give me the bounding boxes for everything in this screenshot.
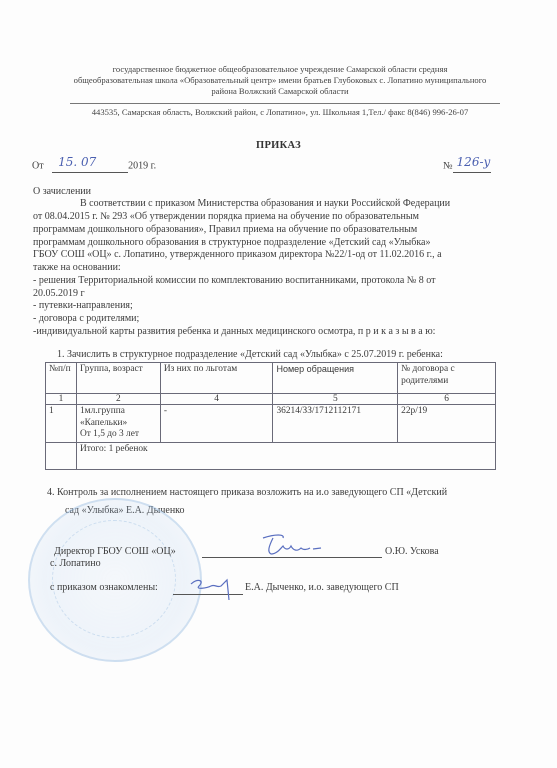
table-row: 1 1мл.группа «Капельки» От 1,5 до 3 лет … [46, 405, 496, 443]
table-total-row: Итого: 1 ребенок [46, 442, 496, 469]
body-line: программам дошкольного образования», Пра… [33, 224, 417, 237]
number-handwritten: 126-у [457, 156, 491, 169]
director-signature-icon [255, 532, 325, 560]
header-cell: Номер обращения [273, 363, 398, 394]
benefits-cell: - [160, 405, 273, 443]
body-line: -индивидуальной карты развития ребенка и… [33, 326, 435, 339]
enrollment-table: №п/п Группа, возраст Из них по льготам Н… [45, 362, 496, 470]
group-name: 1мл.группа [80, 406, 157, 418]
seal-stamp [28, 498, 202, 662]
header-cell: Группа, возраст [76, 363, 160, 394]
letterhead-line-3: района Волжский Самарской области [40, 86, 520, 97]
order-date: От 15. 07 2019 г. [32, 160, 156, 173]
header-cell: №п/п [46, 363, 77, 394]
director-location: с. Лопатино [50, 558, 101, 571]
body-line: - путевки-направления; [33, 300, 133, 313]
group-age: От 1,5 до 3 лет [80, 429, 157, 441]
table-header-row: №п/п Группа, возраст Из них по льготам Н… [46, 363, 496, 394]
total-empty-cell [46, 442, 77, 469]
letterhead-line-2: общеобразовательная школа «Образовательн… [20, 75, 540, 86]
seal-stamp-inner-ring [52, 520, 176, 638]
date-prefix: От [32, 160, 44, 171]
order-subject: О зачислении [33, 186, 91, 199]
body-line: от 08.04.2015 г. № 293 «Об утверждении п… [33, 211, 419, 224]
date-year: 2019 г. [128, 160, 156, 171]
number-prefix: № [443, 160, 453, 171]
column-number: 6 [398, 394, 496, 405]
body-line: программам дошкольного образования в стр… [33, 237, 430, 250]
acquainted-label: с приказом ознакомлены: [50, 582, 158, 595]
acquainted-signature-icon [187, 574, 237, 604]
body-line: ГБОУ СОШ «ОЦ» с. Лопатино, утвержденного… [33, 249, 442, 262]
total-cell: Итого: 1 ребенок [76, 442, 495, 469]
letterhead-divider [70, 103, 500, 104]
column-number: 4 [160, 394, 273, 405]
body-line: В соответствии с приказом Министерства о… [80, 198, 450, 211]
body-line: - решения Территориальной комиссии по ко… [33, 275, 436, 288]
date-field: 15. 07 [52, 160, 128, 173]
request-number-cell: 36214/ЗЗ/1712112171 [273, 405, 398, 443]
column-number: 5 [273, 394, 398, 405]
director-name: О.Ю. Ускова [385, 546, 439, 559]
acquainted-name: Е.А. Дыченко, и.о. заведующего СП [245, 582, 399, 595]
row-number: 1 [46, 405, 77, 443]
group-cell: 1мл.группа «Капельки» От 1,5 до 3 лет [76, 405, 160, 443]
letterhead-address: 443535, Самарская область, Волжский райо… [40, 107, 520, 118]
body-line: 20.05.2019 г [33, 288, 85, 301]
body-line: - договора с родителями; [33, 313, 139, 326]
header-cell: Из них по льготам [160, 363, 273, 394]
column-number: 1 [46, 394, 77, 405]
group-nickname: «Капельки» [80, 418, 157, 430]
column-number: 2 [76, 394, 160, 405]
number-field: 126-у [453, 160, 491, 173]
director-title: Директор ГБОУ СОШ «ОЦ» [54, 546, 176, 559]
order-number: № 126-у [443, 160, 491, 173]
order-title: ПРИКАЗ [0, 140, 557, 151]
header-cell: № договора с родителями [398, 363, 496, 394]
date-handwritten: 15. 07 [58, 156, 96, 169]
body-line: также на основании: [33, 262, 121, 275]
letterhead-line-1: государственное бюджетное общеобразовате… [40, 64, 520, 75]
item-1-text: 1. Зачислить в структурное подразделение… [57, 349, 443, 362]
column-number-row: 1 2 4 5 6 [46, 394, 496, 405]
contract-cell: 22р/19 [398, 405, 496, 443]
